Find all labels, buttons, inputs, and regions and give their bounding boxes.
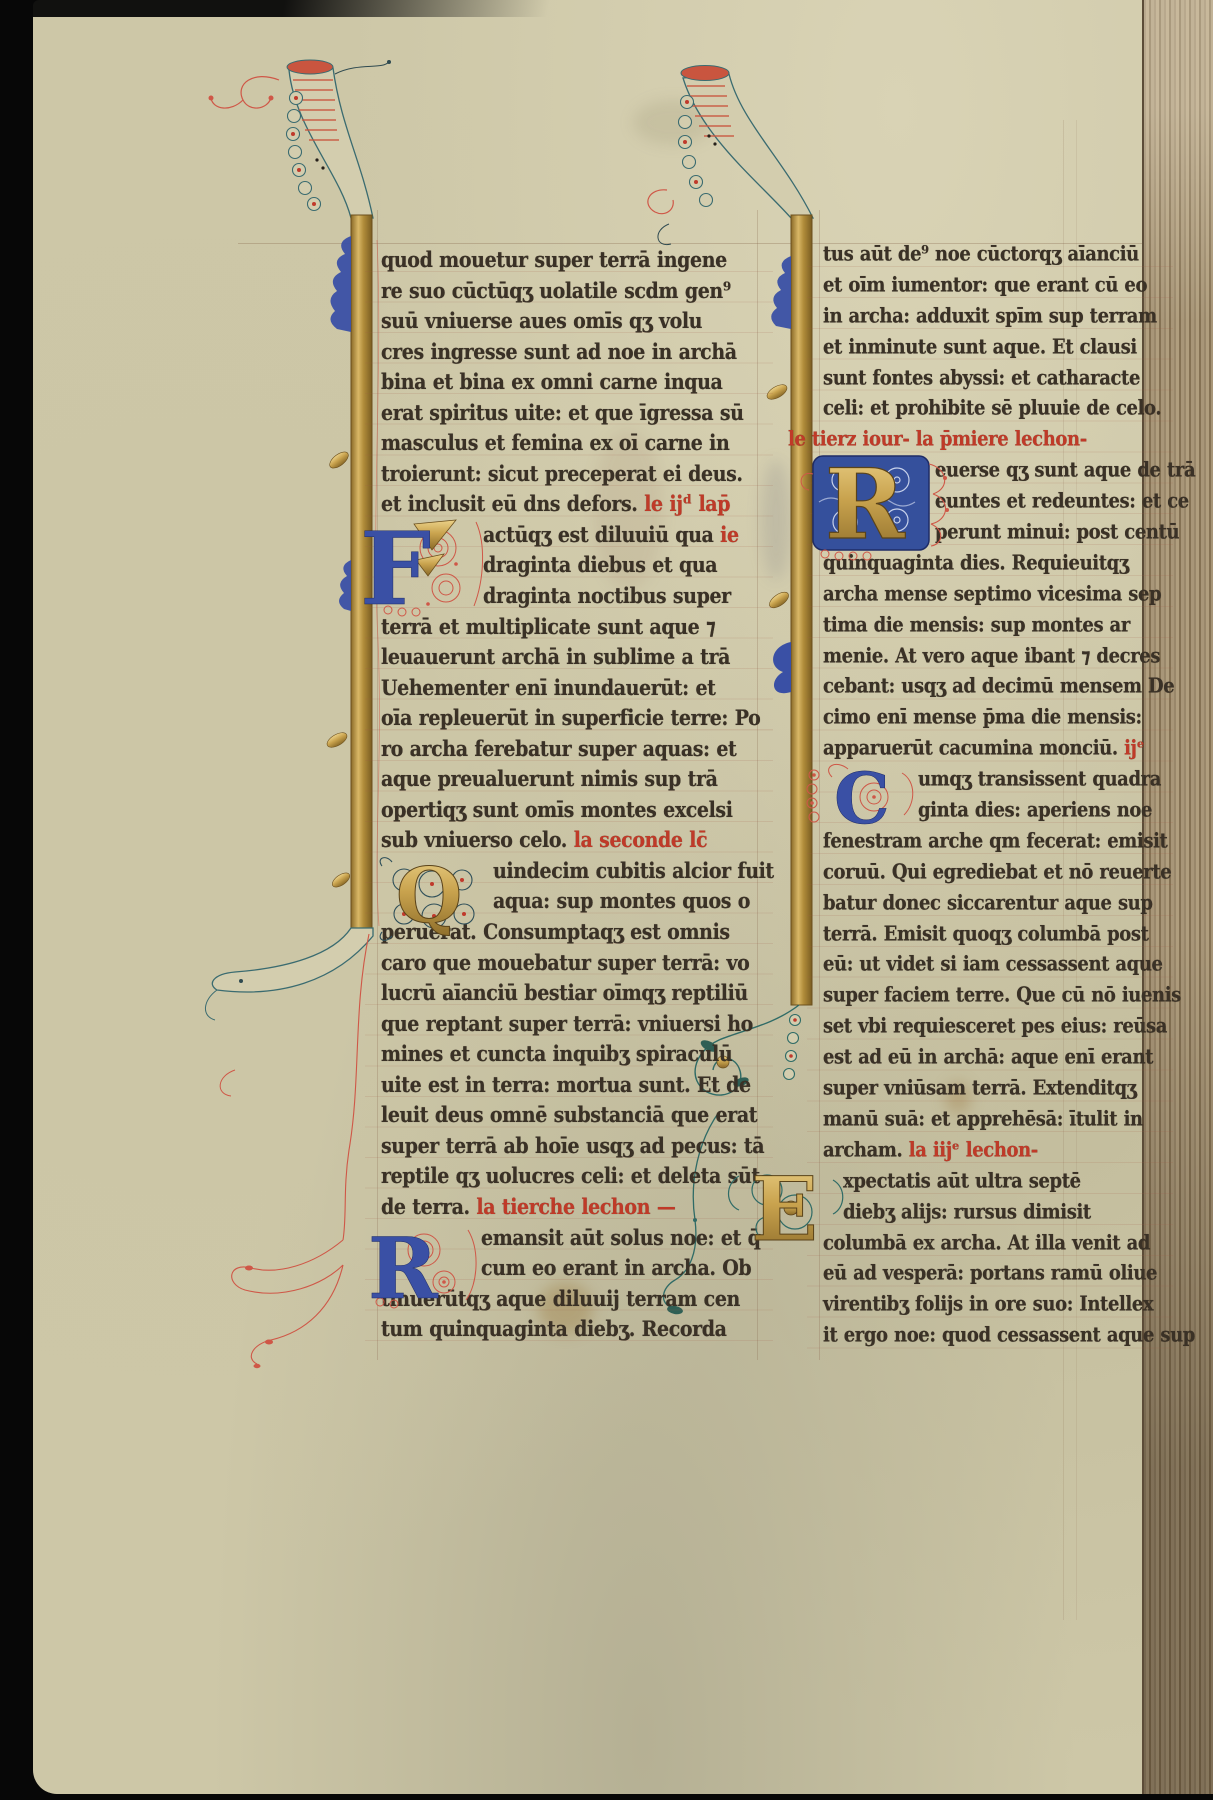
- rubric-text: ie: [720, 522, 739, 547]
- rubric-text: la tierche lechon —: [476, 1194, 675, 1219]
- body-text: leuit deus omnē substanciā que erat: [381, 1103, 757, 1128]
- body-text: archam.: [823, 1138, 909, 1162]
- body-text: draginta diebus et qua: [483, 553, 717, 578]
- initial-letter-c: C: [834, 757, 890, 840]
- body-text: et inminute sunt aque. Et clausi: [823, 335, 1137, 359]
- manuscript-page: quod mouetur super terrā ingenere suo cū…: [33, 0, 1142, 1794]
- body-text: umqʒ transissent quadra: [918, 767, 1161, 791]
- text-line: quod mouetur super terrā ingene: [381, 243, 753, 278]
- initial-c: C: [824, 763, 916, 831]
- body-text: uindecim cubitis alcior fuit: [493, 858, 774, 883]
- body-text: it ergo noe: quod cessassent aque sup: [823, 1323, 1195, 1347]
- body-text: ro archa ferebatur super aquas: et: [381, 736, 736, 761]
- initial-e: E: [733, 1160, 843, 1252]
- photo-top-shadow: [33, 0, 693, 17]
- body-text: super vniūsam terrā. Extenditqʒ: [823, 1076, 1136, 1100]
- body-text: set vbi requiesceret pes eius: reūsa: [823, 1015, 1167, 1039]
- initial-letter-f: F: [360, 510, 431, 628]
- body-text: aque preualuerunt nimis sup trā: [381, 767, 718, 792]
- text-line: suū vniuerse aues omīs qʒ volu: [381, 304, 753, 339]
- body-text: est ad eū in archā: aque enī erant: [823, 1045, 1153, 1069]
- body-text: de terra.: [381, 1194, 476, 1219]
- body-text: celi: et prohibite sē pluuie de celo.: [823, 397, 1161, 421]
- body-text: batur donec siccarentur aque sup: [823, 891, 1153, 915]
- body-text: super terrā ab hoīe usqʒ ad pecus: tā: [381, 1133, 764, 1158]
- body-text: ginta dies: aperiens noe: [918, 798, 1152, 822]
- text-line: batur donec siccarentur aque sup: [823, 886, 1153, 922]
- text-column-left: quod mouetur super terrā ingenere suo cū…: [381, 245, 753, 1345]
- rubric-text: la iijᵉ lechon-: [909, 1138, 1038, 1162]
- body-text: menie. At vero aque ibant ⁊ decres: [823, 644, 1160, 668]
- text-line: lucrū aīanciū bestiar oīmqʒ reptiliū: [381, 976, 753, 1011]
- body-text: in archa: adduxit spīm sup terram: [823, 304, 1157, 328]
- body-text: tus aūt de⁹ noe cūctorqʒ aīanciū: [823, 242, 1139, 266]
- body-text: re suo cūctūqʒ uolatile scdm gen⁹: [381, 278, 731, 303]
- body-text: et oīm iumentor: que erant cū eo: [823, 273, 1147, 297]
- text-line: it ergo noe: quod cessassent aque sup: [823, 1319, 1153, 1355]
- text-line: archa mense septimo vicesima sep: [823, 577, 1153, 613]
- body-text: suū vniuerse aues omīs qʒ volu: [381, 308, 702, 333]
- body-text: diebʒ alijs: rursus dimisit: [843, 1200, 1091, 1224]
- body-text: terrā. Emisit quoqʒ columbā post: [823, 922, 1149, 946]
- initial-letter-e: E: [751, 1157, 818, 1261]
- initial-letter-r-left: R: [368, 1219, 439, 1318]
- body-text: cimo enī mense p̄ma die mensis:: [823, 706, 1142, 730]
- body-text: uite est in terra: mortua sunt. Et de: [381, 1072, 751, 1097]
- body-text: reptile qʒ uolucres celi: et deleta sūt: [381, 1164, 760, 1189]
- body-text: tima die mensis: sup montes ar: [823, 613, 1130, 637]
- body-text: emansit aūt solus noe: et q̄: [481, 1225, 761, 1250]
- body-text: mines et cuncta inquibʒ spiraculū: [381, 1042, 732, 1067]
- body-text: coruū. Qui egrediebat et nō reuerte: [823, 860, 1171, 884]
- text-line: diebʒ alijs: rursus dimisit: [823, 1195, 1153, 1231]
- text-line: in archa: adduxit spīm sup terram: [823, 299, 1153, 335]
- text-line: et inminute sunt aque. Et clausi: [823, 330, 1153, 366]
- body-text: tum quinquaginta diebʒ. Recorda: [381, 1316, 727, 1341]
- body-text: lucrū aīanciū bestiar oīmqʒ reptiliū: [381, 980, 748, 1005]
- body-text: super faciem terre. Que cū nō iuenis: [823, 984, 1181, 1008]
- text-line: leuauerunt archā in sublime a trā: [381, 640, 753, 675]
- body-text: leuauerunt archā in sublime a trā: [381, 644, 730, 669]
- initial-letter-r-right: R: [825, 448, 906, 561]
- body-text: euntes et redeuntes: et ce: [935, 489, 1189, 513]
- body-text: perunt minui: post centū: [935, 520, 1179, 544]
- body-text: manū suā: et apprehēsā: ītulit in: [823, 1107, 1143, 1131]
- photo-scene: quod mouetur super terrā ingenere suo cū…: [0, 0, 1213, 1800]
- body-text: bina et bina ex omni carne inqua: [381, 369, 722, 394]
- body-text: actūqʒ est diluuiū qua: [483, 522, 720, 547]
- body-text: cres ingresse sunt ad noe in archā: [381, 339, 737, 364]
- body-text: archa mense septimo vicesima sep: [823, 582, 1161, 606]
- body-text: eū ad vesperā: portans ramū oliue: [823, 1262, 1157, 1286]
- body-text: aqua: sup montes quos o: [493, 889, 750, 914]
- body-text: que reptant super terrā: vniuersi ho: [381, 1011, 753, 1036]
- body-text: opertiqʒ sunt omīs montes excelsi: [381, 797, 733, 822]
- body-text: caro que mouebatur super terrā: vo: [381, 950, 749, 975]
- text-line: tima die mensis: sup montes ar: [823, 608, 1153, 644]
- initial-letter-q: Q: [396, 851, 462, 940]
- rubric-text: le ijᵈ lap̄: [644, 492, 730, 517]
- text-line: xpectatis aūt ultra septē: [823, 1164, 1153, 1200]
- body-text: quod mouetur super terrā ingene: [381, 247, 727, 272]
- body-text: eū: ut videt si iam cessassent aque: [823, 953, 1163, 977]
- body-text: Uehementer enī inundauerūt: et: [381, 675, 716, 700]
- body-text: masculus et femina ex oī carne in: [381, 431, 729, 456]
- rubric-text: la seconde lc̄: [574, 828, 708, 853]
- initial-r-left: R: [364, 1222, 478, 1308]
- body-text: cum eo erant in archa. Ob: [481, 1255, 751, 1280]
- body-text: xpectatis aūt ultra septē: [843, 1169, 1081, 1193]
- body-text: erat spiritus uite: et que īgressa sū: [381, 400, 744, 425]
- body-text: sunt fontes abyssi: et catharacte: [823, 366, 1140, 390]
- body-text: terrā et multiplicate sunt aque ⁊: [381, 614, 715, 639]
- body-text: draginta noctibus super: [483, 583, 731, 608]
- body-text: sub vniuerso celo.: [381, 828, 574, 853]
- body-text: euerse qʒ sunt aque de trā: [935, 459, 1195, 483]
- initial-q: Q: [376, 856, 490, 942]
- rubric-text: ijᵉ: [1124, 737, 1144, 761]
- body-text: troierunt: sicut preceperat ei deus.: [381, 461, 743, 486]
- initial-f: F: [358, 514, 486, 616]
- body-text: virentibʒ folijs in ore suo: Intellex: [823, 1293, 1153, 1317]
- body-text: oīa repleuerūt in superficie terre: Po: [381, 706, 760, 731]
- body-text: columbā ex archa. At illa venit ad: [823, 1231, 1150, 1255]
- body-text: cebant: usqʒ ad decimū mensem De: [823, 675, 1174, 699]
- initial-r-right: R: [805, 454, 937, 554]
